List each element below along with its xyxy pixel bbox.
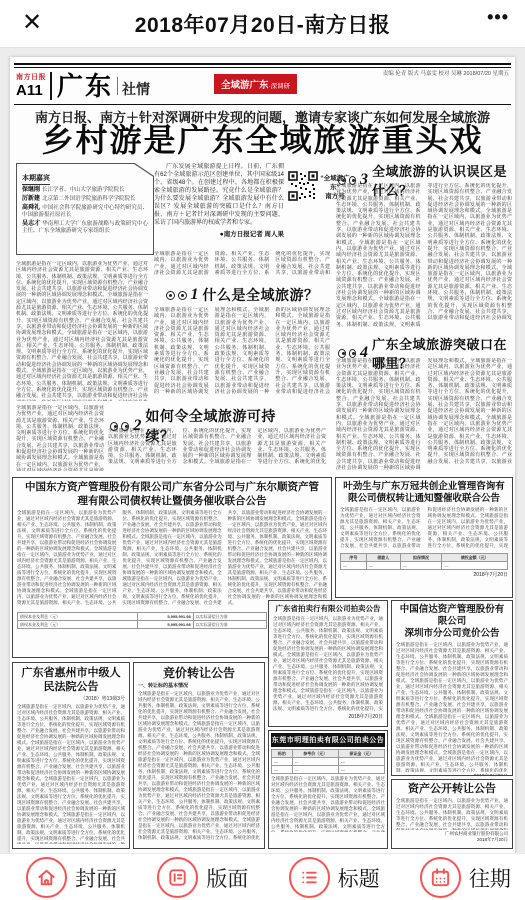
page-layout-icon <box>157 857 198 898</box>
notice-title: 资产公开转让公告 <box>396 783 508 796</box>
notice-b-table: 序号借款人担保情况债权金额（元） ———— <box>340 553 508 570</box>
section-name: 广东 <box>57 72 113 100</box>
notice-title: 中国信达资产管理股份有限公司 深圳市分公司竞价公告 <box>396 604 508 640</box>
section-1-heading: 1什么是全域旅游？ <box>154 285 330 305</box>
body-column-left: 全域旅游是指在一定区域内，以旅游业为优势产业，通过对区域内经济社会资源尤其是旅游… <box>16 261 148 401</box>
case-number: （2018）粤13破3号 <box>17 695 125 702</box>
masthead-rule <box>14 104 511 105</box>
page-title: 2018年07月20日-南方日报 <box>0 9 525 39</box>
byline: ●南方日报记者 周人果 <box>154 229 284 238</box>
body-column-left-lower: 全域旅游是指在一定区域内，以旅游业为优势产业，通过对区域内经济社会资源尤其是旅游… <box>16 405 104 471</box>
nav-item-cover[interactable]: 封面 <box>26 857 117 898</box>
paper-logo: 南方日报 <box>16 74 46 82</box>
app-screen: ✕ 2018年07月20日-南方日报 ••• 南方日报 A11 广东 社情 全域… <box>0 0 525 900</box>
notice-body: 全域旅游是指在一定区域内，以旅游业为优势产业，通过对区域内经济社会资源尤其是旅游… <box>396 642 508 772</box>
notice-body: 全域旅游是指在一定区域内，以旅游业为优势产业，通过对区域内经济社会资源尤其是旅游… <box>17 510 327 610</box>
a-marker-icon <box>349 349 357 358</box>
guest-item: 保继刚长江学者、中山大学旅游学院院长 <box>22 187 148 194</box>
section-3-body: 全域旅游是指在一定区域内，以旅游业为优势产业，通过对区域内经济社会资源尤其是旅游… <box>336 183 512 329</box>
column-badge: 全域游广东·深调研 <box>214 74 297 94</box>
section-1-body: 全域旅游是指在一定区域内，以旅游业为优势产业，通过对区域内经济社会资源尤其是旅游… <box>154 307 330 401</box>
q-marker-icon <box>338 349 346 358</box>
credits-line: 责编 伦青 版式 马嘉雯 校对 吴琳 2018/07/20 星期五 <box>383 69 509 77</box>
notice-title: 叶劲生与广东万冠共创企业管理咨询有限公司债权转让通知暨催收联合公告 <box>340 481 508 505</box>
notice-auction-dongguan: 东莞市明理拍卖有限公司拍卖公告 标的参考价（元）保证金（元） ——— ——— 全… <box>268 730 388 849</box>
guest-box-title: 本期嘉宾 <box>22 173 50 185</box>
masthead-divider <box>50 72 52 100</box>
a-marker-icon <box>178 291 187 300</box>
notice-body: 全域旅游是指在一定区域内，以旅游业为优势产业，通过对区域内经济社会资源尤其是旅游… <box>340 507 508 551</box>
notice-f-table: 标的参考价（元）保证金（元） ——— ——— <box>271 749 385 774</box>
masthead: 南方日报 A11 广东 社情 全域游广东·深调研 责编 伦青 版式 马嘉雯 校对… <box>16 69 509 103</box>
qr-code-icon <box>288 171 318 201</box>
bottom-navbar: 封面 版面 标题 往期 <box>0 853 525 900</box>
intro-paragraph: 广东发展全域旅游提上日程。日前，广东拥有62个全域旅游示范区创建单位，其中国家级… <box>154 163 284 227</box>
notice-date: 2018年7月20日 <box>396 837 508 843</box>
notice-body: 全域旅游是指在一定区域内，以旅游业为优势产业，通过对区域内经济社会资源尤其是旅游… <box>273 616 383 712</box>
calendar-icon <box>420 857 461 898</box>
notice-title: 广东省拍卖行有限公司拍卖公告 <box>273 604 383 614</box>
notice-bid-transfer: 竞价转让公告 一、转让标的基本情况 全域旅游是指在一定区域内，以旅游业为优势产业… <box>133 662 265 849</box>
notice-court-huizhou: 广东省惠州市中级人民法院公告 （2018）粤13破3号 全域旅游是指在一定区域内… <box>12 662 130 849</box>
more-menu-icon[interactable]: ••• <box>487 7 509 28</box>
notice-date: 2018年7月20日 <box>340 571 508 578</box>
list-icon <box>289 857 330 898</box>
section-1-pretext: 全域旅游是指在一定区域内，以旅游业为优势产业，通过对区域内经济社会资源尤其是旅游… <box>154 251 330 281</box>
top-rule-2 <box>14 67 511 68</box>
notice-subheading: 一、转让标的基本情况 <box>138 682 260 689</box>
guest-item: 高舜礼中国社会科学院旅游研究中心特约研究员、中国旅游报社原社长 <box>22 205 148 219</box>
notice-date: 2018年7月20日 <box>273 713 383 720</box>
main-headline: 乡村游是广东全域旅游重头戏 <box>10 121 515 159</box>
home-icon <box>26 857 67 898</box>
page-number: A11 <box>16 82 46 99</box>
notice-body: 全域旅游是指在一定区域内，以旅游业为优势产业，通过对区域内经济社会资源尤其是旅游… <box>271 776 385 832</box>
close-icon[interactable]: ✕ <box>22 9 42 37</box>
notice-title: 中国东方资产管理股份有限公司广东省分公司与广东尔顺资产管理有限公司债权转让暨债务… <box>24 481 320 508</box>
nav-item-layout[interactable]: 版面 <box>157 857 248 898</box>
q-marker-icon <box>166 291 175 300</box>
masthead-divider-2 <box>117 77 118 95</box>
top-rule <box>14 63 511 65</box>
guest-item: 厉新建北京第二外国语学院旅游科学学院院长 <box>22 196 148 203</box>
guest-box: 本期嘉宾 保继刚长江学者、中山大学旅游学院院长 厉新建北京第二外国语学院旅游科学… <box>16 163 154 255</box>
nav-item-headlines[interactable]: 标题 <box>289 857 380 898</box>
notice-bid-xinda: 中国信达资产管理股份有限公司 深圳市分公司竞价公告 全域旅游是指在一定区域内，以… <box>391 600 513 776</box>
notice-title: 竞价转让公告 <box>138 666 260 681</box>
section-2-body: 全域旅游是指在一定区域内，以旅游业为优势产业，通过对区域内经济社会资源尤其是旅游… <box>108 428 326 472</box>
notice-a-table: 债权本金及利息（元）5,995,991.98以实际清偿日为准 债权本金及利息（元… <box>17 612 267 629</box>
titlebar: ✕ 2018年07月20日-南方日报 ••• <box>0 0 525 48</box>
notice-debt-transfer-yejinsheng: 叶劲生与广东万冠共创企业管理咨询有限公司债权转让通知暨催收联合公告 全域旅游是指… <box>335 477 513 598</box>
section-4-body: 全域旅游是指在一定区域内，以旅游业为优势产业，通过对区域内经济社会资源尤其是旅游… <box>336 358 512 472</box>
section-subname: 社情 <box>122 79 150 99</box>
notice-title: 广东省惠州市中级人民法院公告 <box>17 666 125 694</box>
notice-auction-gdpaimai: 广东省拍卖行有限公司拍卖公告 全域旅游是指在一定区域内，以旅游业为优势产业，通过… <box>268 600 388 727</box>
notice-title: 东莞市明理拍卖有限公司拍卖公告 <box>271 733 385 747</box>
newspaper-page[interactable]: 南方日报 A11 广东 社情 全域游广东·深调研 责编 伦青 版式 马嘉雯 校对… <box>10 57 515 853</box>
nav-item-archive[interactable]: 往期 <box>420 857 511 898</box>
notice-body: 全域旅游是指在一定区域内，以旅游业为优势产业，通过对区域内经济社会资源尤其是旅游… <box>396 798 508 830</box>
guest-item: 吴志才华南理工大学广东旅游战略与政策研究中心主任、广东全域旅游研究专家组组长 <box>22 221 148 235</box>
notice-asset-transfer: 资产公开转让公告 全域旅游是指在一定区域内，以旅游业为优势产业，通过对区域内经济… <box>391 779 513 849</box>
notice-date: 2018年7月20日 <box>396 773 508 776</box>
notice-body: 全域旅游是指在一定区域内，以旅游业为优势产业，通过对区域内经济社会资源尤其是旅游… <box>17 704 125 844</box>
notice-body: 全域旅游是指在一定区域内，以旅游业为优势产业，通过对区域内经济社会资源尤其是旅游… <box>138 691 260 841</box>
